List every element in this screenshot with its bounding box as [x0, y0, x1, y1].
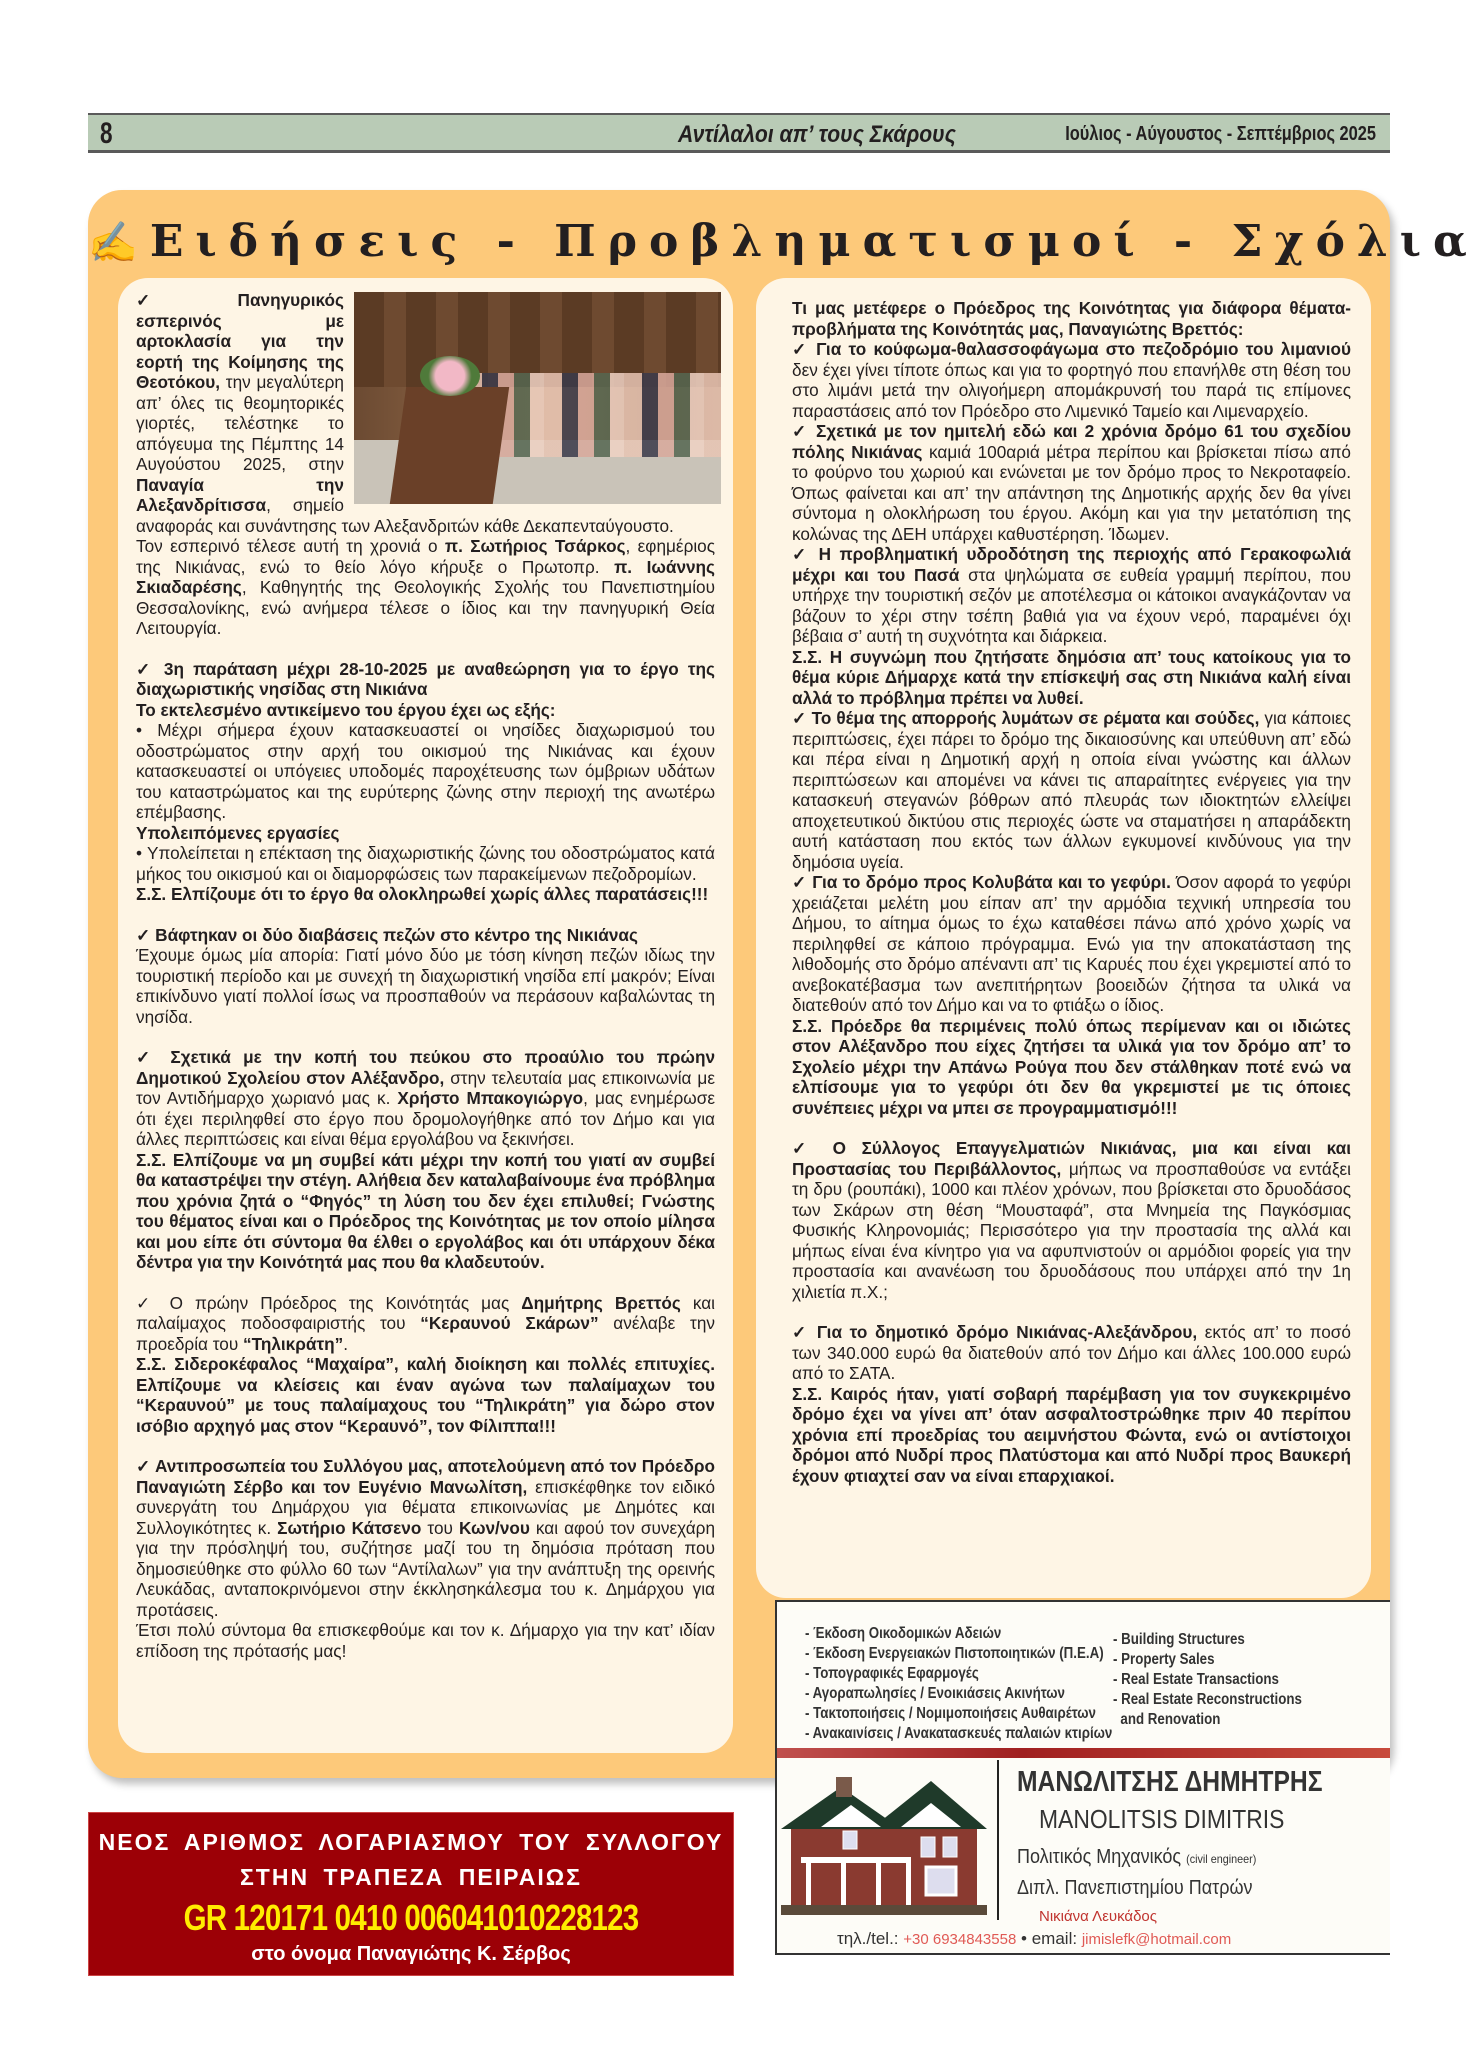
house-icon [781, 1767, 987, 1915]
item-bridge: ✓ Για το δρόμο προς Κολυβάτα και το γεφύ… [792, 872, 1351, 1016]
engineer-title: Πολιτικός Μηχανικός (civil engineer) [1017, 1846, 1256, 1869]
editor-note: Σ.Σ. Ελπίζουμε ότι το έργο θα ολοκληρωθε… [136, 884, 708, 904]
article-headline: ✓ Για το κούφωμα-θαλασσοφάγωμα στο πεζοδ… [792, 339, 1351, 359]
left-column: ✓ Πανηγυρικός εσπερινός με αρτοκλασία γι… [118, 278, 733, 1753]
email-link[interactable]: jimislefk@hotmail.com [1082, 1931, 1231, 1948]
phone-number[interactable]: +30 6934843558 [903, 1931, 1016, 1948]
church-photo [354, 292, 721, 504]
engineer-advertisement: - Έκδοση Οικοδομικών Αδειών - Έκδοση Ενε… [775, 1600, 1390, 1955]
editor-note: Σ.Σ. Σιδεροκέφαλος “Μαχαίρα”, καλή διοίκ… [136, 1354, 715, 1436]
section-title-text: Ειδήσεις - Προβληματισμοί - Σχόλια [150, 216, 1477, 267]
article-traffic-island: ✓ 3η παράταση μέχρι 28-10-2025 με αναθεώ… [136, 659, 715, 700]
item-municipal-road: ✓ Για το δημοτικό δρόμο Νικιάνας-Αλεξάνδ… [792, 1322, 1351, 1384]
section-title: ✍Ειδήσεις - Προβληματισμοί - Σχόλια [88, 216, 1390, 267]
editor-note: Σ.Σ. Η συγνώμη που ζητήσατε δημόσια απ’ … [792, 647, 1351, 708]
divider-line [997, 1760, 999, 1920]
writing-hand-icon: ✍ [88, 219, 138, 266]
editor-note: Σ.Σ. Ελπίζουμε να μη συμβεί κάτι μέχρι τ… [136, 1150, 715, 1273]
publication-title: Αντίλαλοι απ’ τους Σκάρους [678, 121, 956, 149]
item-oak-tree: ✓ Ο Σύλλογος Επαγγελματιών Νικιάνας, μια… [792, 1138, 1351, 1302]
editor-note: Σ.Σ. Πρόεδρε θα περιμένεις πολύ όπως περ… [792, 1016, 1351, 1118]
item-sewage: ✓ Το θέμα της απορροής λυμάτων σε ρέματα… [792, 708, 1351, 872]
item-road-61: ✓ Σχετικά με τον ημιτελή εδώ και 2 χρόνι… [792, 421, 1351, 544]
article-delegation: ✓ Αντιπροσωπεία του Συλλόγου μας, αποτελ… [136, 1456, 715, 1620]
engineer-location: Νικιάνα Λευκάδος [1039, 1908, 1157, 1925]
contact-line: τηλ./tel.: +30 6934843558 • email: jimis… [837, 1929, 1231, 1949]
services-english: - Building Structures - Property Sales -… [1113, 1630, 1302, 1730]
article-headline: ✓ Για το δημοτικό δρόμο Νικιάνας-Αλεξάνδ… [792, 1322, 1197, 1342]
page-number: 8 [100, 117, 113, 151]
page-header: 8 Αντίλαλοι απ’ τους Σκάρους Ιούλιος - Α… [88, 113, 1390, 153]
article-headline: ✓ Για το δρόμο προς Κολυβάτα και το γεφύ… [792, 872, 1171, 892]
item-harbour: ✓ Για το κούφωμα-θαλασσοφάγωμα στο πεζοδ… [792, 339, 1351, 421]
editor-note: Σ.Σ. Καιρός ήταν, γιατί σοβαρή παρέμβαση… [792, 1384, 1351, 1486]
article-crossings: ✓ Βάφτηκαν οι δύο διαβάσεις πεζών στο κέ… [136, 925, 715, 946]
engineer-name-greek: ΜΑΝΩΛΙΤΣΗΣ ΔΗΜΗΤΡΗΣ [1017, 1766, 1323, 1799]
bank-account-notice: ΝΕΟΣ ΑΡΙΘΜΟΣ ΛΟΓΑΡΙΑΣΜΟΥ ΤΟΥ ΣΥΛΛΟΓΟΥ ΣΤ… [88, 1812, 734, 1976]
engineer-name-english: MANOLITSIS DIMITRIS [1039, 1804, 1284, 1835]
right-column: Τι μας μετέφερε ο Πρόεδρος της Κοινότητα… [756, 278, 1371, 1598]
article-headline: ✓ Το θέμα της απορροής λυμάτων σε ρέματα… [792, 708, 1259, 728]
article-headline: ✓ 3η παράταση μέχρι 28-10-2025 με αναθεώ… [136, 659, 715, 700]
services-greek: - Έκδοση Οικοδομικών Αδειών - Έκδοση Ενε… [805, 1624, 1112, 1744]
item-water-supply: ✓ Η προβληματική υδροδότηση της περιοχής… [792, 544, 1351, 647]
article-pine-tree: ✓ Σχετικά με την κοπή του πεύκου στο προ… [136, 1047, 715, 1150]
engineer-degree: Διπλ. Πανεπιστημίου Πατρών [1017, 1877, 1253, 1900]
news-section: ✍Ειδήσεις - Προβληματισμοί - Σχόλια ✓ Πα… [88, 190, 1390, 1778]
article-headline: ✓ Βάφτηκαν οι δύο διαβάσεις πεζών στο κέ… [136, 925, 638, 945]
article-football: ✓ Ο πρώην Πρόεδρος της Κοινότητάς μας Δη… [136, 1293, 715, 1355]
issue-date: Ιούλιος - Αύγουστος - Σεπτέμβριος 2025 [1065, 123, 1376, 146]
iban: GR 120171 0410 006041010228123 [147, 1897, 675, 1939]
column-intro: Τι μας μετέφερε ο Πρόεδρος της Κοινότητα… [792, 298, 1351, 339]
account-holder: στο όνομα Παναγιώτης Κ. Σέρβος [89, 1943, 733, 1966]
divider-bar [777, 1748, 1390, 1758]
article-feast: ✓ Πανηγυρικός εσπερινός με αρτοκλασία γι… [136, 290, 715, 536]
